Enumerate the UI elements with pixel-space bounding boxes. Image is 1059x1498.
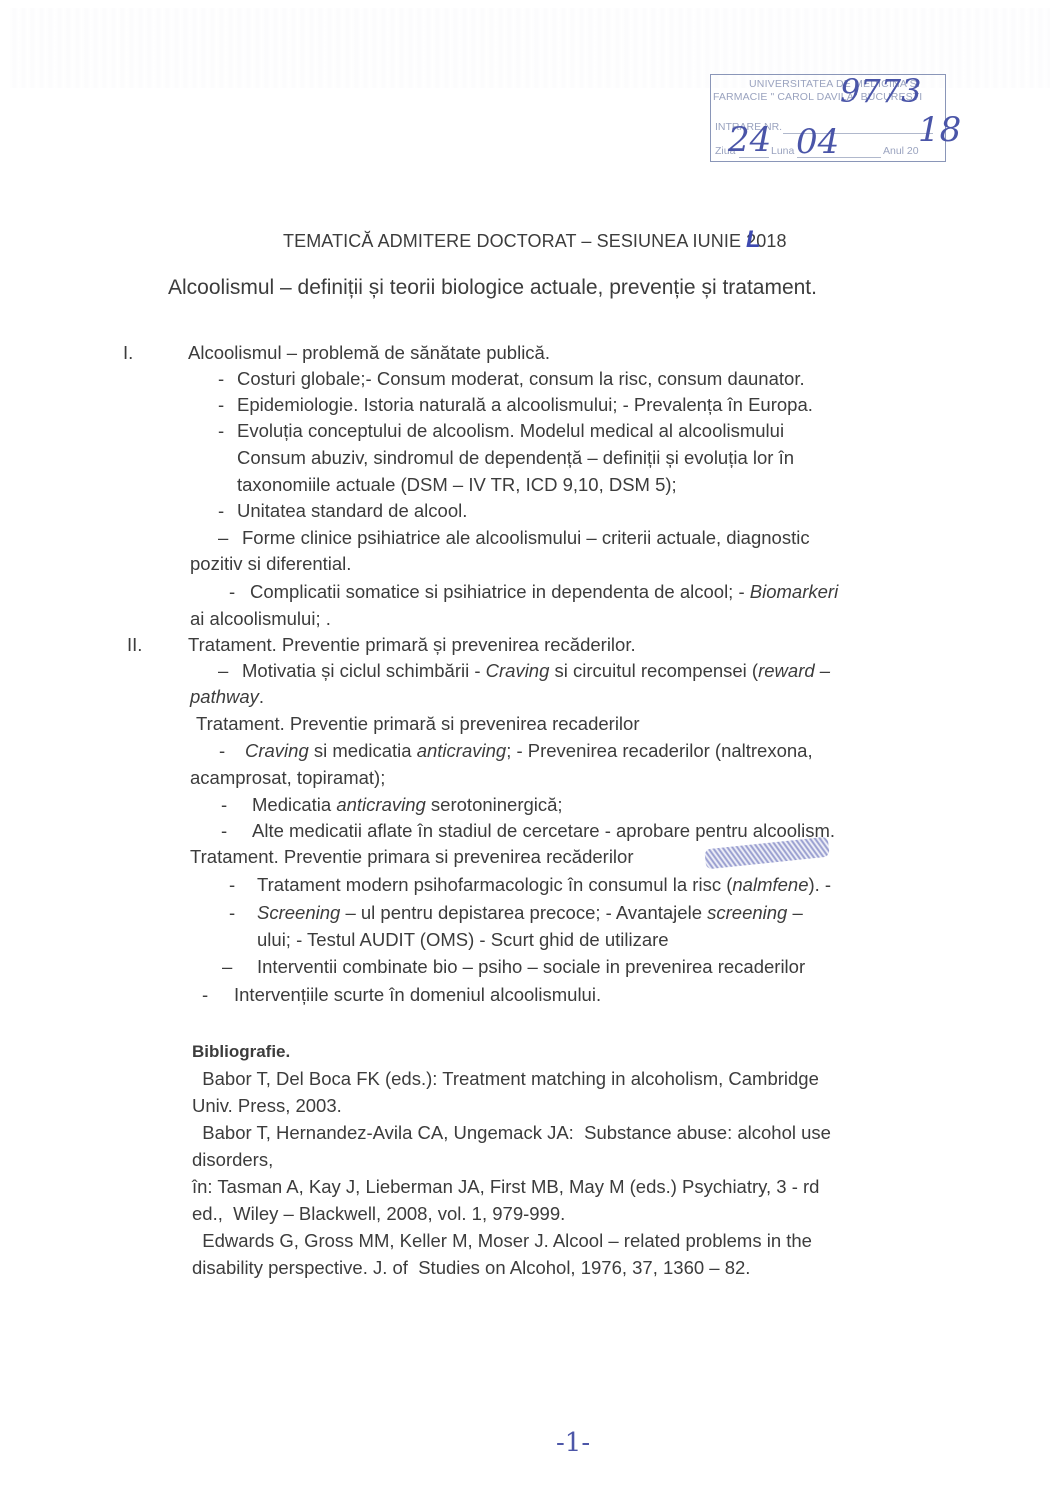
- bullet-dash: –: [218, 527, 228, 549]
- list-item-emphasis: Screening: [257, 902, 340, 923]
- handwritten-correction-mark: L: [746, 229, 758, 251]
- list-item-text: si medicatia: [309, 740, 417, 761]
- list-item: Epidemiologie. Istoria naturală a alcool…: [237, 394, 813, 416]
- list-item-emphasis: reward –: [758, 660, 830, 681]
- bullet-dash: -: [218, 394, 224, 416]
- document-subtitle: Alcoolismul – definiții și teorii biolog…: [168, 276, 817, 300]
- list-item: Evoluția conceptului de alcoolism. Model…: [237, 420, 784, 442]
- bibliography-line: disorders,: [192, 1149, 273, 1171]
- list-item: Screening – ul pentru depistarea precoce…: [257, 902, 803, 924]
- list-item-text: si circuitul recompensei (: [549, 660, 758, 681]
- list-item: Tratament modern psihofarmacologic în co…: [257, 874, 831, 896]
- bibliography-line: în: Tasman A, Kay J, Lieberman JA, First…: [192, 1176, 819, 1198]
- list-item: Unitatea standard de alcool.: [237, 500, 467, 522]
- bibliography-line: Univ. Press, 2003.: [192, 1095, 342, 1117]
- bullet-dash: -: [221, 794, 227, 816]
- handwritten-registration-number: 9773: [840, 72, 921, 110]
- list-item: Interventii combinate bio – psiho – soci…: [257, 956, 805, 978]
- list-item-emphasis: pathway: [190, 686, 259, 707]
- bullet-dash: -: [221, 820, 227, 842]
- handwritten-year: 18: [918, 110, 961, 150]
- list-item: Alte medicatii aflate în stadiul de cerc…: [252, 820, 835, 842]
- list-item-continuation: taxonomiile actuale (DSM – IV TR, ICD 9,…: [237, 474, 677, 496]
- list-item-text: ; - Prevenirea recaderilor (naltrexona,: [506, 740, 812, 761]
- stamp-luna-label: Luna: [771, 145, 794, 157]
- list-item-text: Motivatia și ciclul schimbării -: [242, 660, 486, 681]
- document-title: TEMATICĂ ADMITERE DOCTORAT – SESIUNEA IU…: [283, 231, 787, 252]
- list-item-text: ). -: [808, 874, 831, 895]
- bibliography-line: disability perspective. J. of Studies on…: [192, 1257, 750, 1279]
- list-item: Motivatia și ciclul schimbării - Craving…: [242, 660, 830, 682]
- bibliography-line: Babor T, Hernandez-Avila CA, Ungemack JA…: [192, 1122, 831, 1144]
- bullet-dash: –: [218, 660, 228, 682]
- bullet-dash: -: [219, 740, 225, 762]
- list-item-text: Complicatii somatice si psihiatrice in d…: [250, 581, 750, 602]
- list-item: Craving si medicatia anticraving; - Prev…: [245, 740, 813, 762]
- section-numeral: II.: [127, 634, 142, 656]
- bullet-dash: -: [229, 874, 235, 896]
- stamp-anul-label: Anul 20: [883, 145, 919, 157]
- list-item-text: – ul pentru depistarea precoce; - Avanta…: [340, 902, 707, 923]
- list-item: Complicatii somatice si psihiatrice in d…: [250, 581, 838, 603]
- list-item: Forme clinice psihiatrice ale alcoolismu…: [242, 527, 810, 549]
- list-item: Intervențiile scurte în domeniul alcooli…: [234, 984, 601, 1006]
- list-item-continuation: ai alcoolismului; .: [190, 608, 331, 630]
- list-item-emphasis: screening: [707, 902, 787, 923]
- bullet-dash: -: [229, 581, 235, 603]
- bullet-dash: -: [229, 902, 235, 924]
- subsection-heading: Tratament. Preventie primară si prevenir…: [196, 713, 640, 735]
- subsection-heading: Tratament. Preventie primara si prevenir…: [190, 846, 634, 868]
- list-item-continuation: Consum abuziv, sindromul de dependență –…: [237, 447, 794, 469]
- bibliography-line: Edwards G, Gross MM, Keller M, Moser J. …: [192, 1230, 812, 1252]
- list-item-text: Medicatia: [252, 794, 336, 815]
- list-item-emphasis: Biomarkeri: [750, 581, 838, 602]
- bibliography-line: Babor T, Del Boca FK (eds.): Treatment m…: [192, 1068, 819, 1090]
- page-number: -1-: [556, 1428, 590, 1458]
- section-numeral: I.: [123, 342, 133, 364]
- bullet-dash: -: [218, 368, 224, 390]
- bibliography-line: ed., Wiley – Blackwell, 2008, vol. 1, 97…: [192, 1203, 565, 1225]
- list-item-continuation: ului; - Testul AUDIT (OMS) - Scurt ghid …: [257, 929, 669, 951]
- bullet-dash: -: [202, 984, 208, 1006]
- list-item-text: serotoninergică;: [426, 794, 563, 815]
- list-item-text: –: [787, 902, 802, 923]
- list-item-continuation: pathway.: [190, 686, 264, 708]
- handwritten-day: 24: [728, 120, 771, 160]
- bullet-dash: –: [222, 956, 232, 978]
- list-item: Medicatia anticraving serotoninergică;: [252, 794, 563, 816]
- bullet-dash: -: [218, 500, 224, 522]
- list-item-text: Tratament modern psihofarmacologic în co…: [257, 874, 732, 895]
- list-item-emphasis: Craving: [486, 660, 550, 681]
- list-item-emphasis: nalmfene: [732, 874, 808, 895]
- list-item-text: .: [259, 686, 264, 707]
- handwritten-month: 04: [796, 122, 839, 162]
- list-item-continuation: acamprosat, topiramat);: [190, 767, 385, 789]
- list-item-emphasis: anticraving: [417, 740, 506, 761]
- document-page: UNIVERSITATEA DE MEDICINA SI FARMACIE " …: [0, 0, 1059, 1498]
- bullet-dash: -: [218, 420, 224, 442]
- bibliography-heading: Bibliografie.: [192, 1042, 290, 1062]
- section-heading: Alcoolismul – problemă de sănătate publi…: [188, 342, 550, 364]
- list-item-emphasis: Craving: [245, 740, 309, 761]
- list-item-continuation: pozitiv si diferential.: [190, 553, 351, 575]
- list-item: Costuri globale;- Consum moderat, consum…: [237, 368, 805, 390]
- section-heading: Tratament. Preventie primară și prevenir…: [188, 634, 636, 656]
- list-item-emphasis: anticraving: [336, 794, 425, 815]
